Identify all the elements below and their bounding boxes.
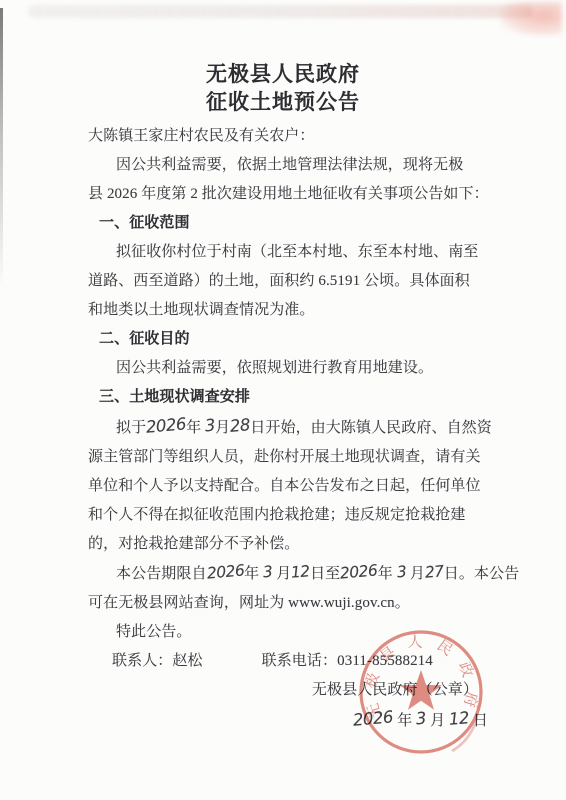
handwritten-year: 2026 <box>145 409 187 441</box>
section1-heading: 一、征收范围 <box>88 209 488 238</box>
scan-edge-top-band <box>28 5 533 18</box>
printed-text: 年 <box>186 420 205 436</box>
handwritten-day: 27 <box>424 557 445 588</box>
document-page: 无极县人民政府 征收土地预公告 大陈镇王家庄村农民及有关农户： 因公共利益需要，… <box>0 0 566 800</box>
handwritten-month: 3 <box>262 558 274 588</box>
seal-star-icon <box>400 670 442 710</box>
handwritten-year: 2026 <box>339 556 379 588</box>
official-seal: 无极县人民政府 <box>336 607 506 777</box>
contact-person-name: 赵松 <box>172 653 202 669</box>
section1-line3: 和地类以土地现状调查情况为准。 <box>88 296 488 325</box>
handwritten-month: 3 <box>395 558 407 588</box>
intro-line2: 县 2026 年度第 2 批次建设用地土地征收有关事项公告如下： <box>88 180 488 209</box>
printed-text: 本公告期限自 <box>116 566 207 582</box>
official-seal-icon: 无极县人民政府 <box>336 607 506 777</box>
section3-line3: 单位和个人予以支持配合。自本公告发布之日起，任何单位 <box>88 472 488 501</box>
printed-text: 年 <box>378 566 397 582</box>
period-line1: 本公告期限自2026年 3 月12日至2026年 3 月27日。本公告 <box>88 559 488 589</box>
section3-line5: 的，对抢栽抢建部分不予补偿。 <box>88 530 488 559</box>
printed-text: 日开始，由大陈镇人民政府、自然资 <box>250 420 492 436</box>
contact-person-label: 联系人： <box>112 653 172 669</box>
section1-line1: 拟征收你村位于村南（北至本村地、东至本村地、南至 <box>88 238 488 267</box>
handwritten-month: 3 <box>204 411 216 441</box>
printed-text: 月 <box>272 566 291 582</box>
doc-title-line2: 征收土地预公告 <box>0 88 566 116</box>
printed-text: 年 <box>244 566 263 582</box>
section3-line1: 拟于2026年 3月28日开始，由大陈镇人民政府、自然资 <box>88 412 488 443</box>
section1-line2: 道路、西至道路）的土地，面积约 6.5191 公顷。具体面积 <box>88 267 488 296</box>
section2-line1: 因公共利益需要，依照规划进行教育用地建设。 <box>88 354 488 383</box>
printed-text: 日。本公告 <box>444 566 520 582</box>
handwritten-day: 28 <box>229 410 251 441</box>
salutation: 大陈镇王家庄村农民及有关农户： <box>88 122 488 151</box>
section3-heading: 三、土地现状调查安排 <box>88 383 488 412</box>
scan-edge-left-line <box>0 8 3 288</box>
handwritten-year: 2026 <box>205 556 245 588</box>
intro-line1: 因公共利益需要，依据土地管理法律法规，现将无极 <box>88 151 488 180</box>
section3-line4: 和个人不得在拟征收范围内抢栽抢建；违反规定抢栽抢建 <box>88 501 488 530</box>
scan-pink-smudge <box>500 2 562 36</box>
contact-phone-label: 联系电话： <box>262 647 338 676</box>
handwritten-day: 12 <box>290 557 311 588</box>
section3-line2: 源主管部门等组织人员，赴你村开展土地现状调查，请有关 <box>88 443 488 472</box>
printed-text: 月 <box>215 420 230 436</box>
printed-text: 拟于 <box>116 420 146 436</box>
doc-title: 无极县人民政府 征收土地预公告 <box>0 60 566 116</box>
section2-heading: 二、征收目的 <box>88 325 488 354</box>
printed-text: 日至 <box>310 566 340 582</box>
doc-title-line1: 无极县人民政府 <box>0 60 566 88</box>
printed-text: 月 <box>406 566 425 582</box>
